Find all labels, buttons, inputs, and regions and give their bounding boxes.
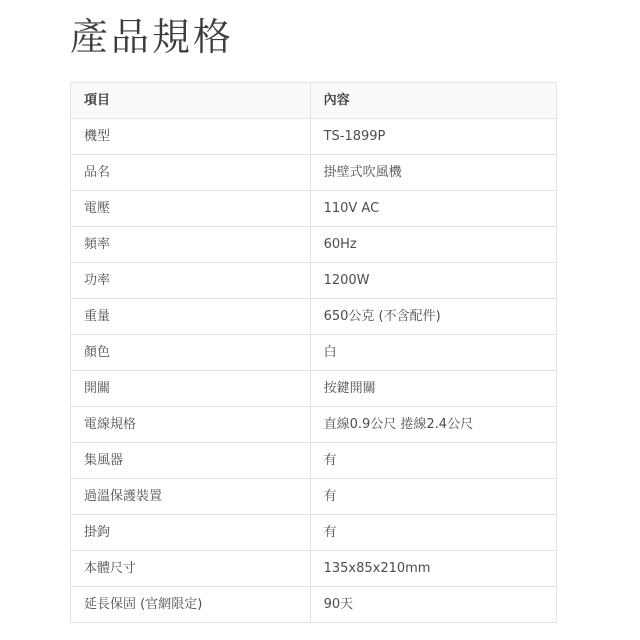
- table-row: 顏色白: [71, 335, 557, 371]
- column-header-content: 內容: [310, 83, 556, 119]
- spec-item-value: 1200W: [310, 263, 556, 299]
- table-row: 掛鉤有: [71, 515, 557, 551]
- spec-item-label: 品名: [71, 155, 311, 191]
- spec-table-body: 機型TS-1899P品名掛壁式吹風機電壓110V AC頻率60Hz功率1200W…: [71, 119, 557, 623]
- spec-item-label: 開關: [71, 371, 311, 407]
- table-row: 開關按鍵開關: [71, 371, 557, 407]
- table-row: 頻率60Hz: [71, 227, 557, 263]
- table-row: 電線規格直線0.9公尺 捲線2.4公尺: [71, 407, 557, 443]
- spec-item-value: 直線0.9公尺 捲線2.4公尺: [310, 407, 556, 443]
- spec-item-label: 集風器: [71, 443, 311, 479]
- spec-item-label: 重量: [71, 299, 311, 335]
- spec-item-label: 顏色: [71, 335, 311, 371]
- page-title: 產品規格: [70, 14, 557, 60]
- spec-table-head: 項目 內容: [71, 83, 557, 119]
- spec-item-label: 電壓: [71, 191, 311, 227]
- spec-item-label: 過溫保護裝置: [71, 479, 311, 515]
- spec-item-value: 135x85x210mm: [310, 551, 556, 587]
- table-row: 延長保固 (官網限定)90天: [71, 587, 557, 623]
- table-row: 電壓110V AC: [71, 191, 557, 227]
- spec-item-value: 有: [310, 479, 556, 515]
- table-row: 過溫保護裝置有: [71, 479, 557, 515]
- table-row: 重量650公克 (不含配件): [71, 299, 557, 335]
- spec-item-value: TS-1899P: [310, 119, 556, 155]
- spec-item-value: 60Hz: [310, 227, 556, 263]
- table-row: 功率1200W: [71, 263, 557, 299]
- column-header-item: 項目: [71, 83, 311, 119]
- spec-item-label: 頻率: [71, 227, 311, 263]
- spec-item-value: 110V AC: [310, 191, 556, 227]
- spec-item-value: 90天: [310, 587, 556, 623]
- spec-item-label: 電線規格: [71, 407, 311, 443]
- spec-item-label: 機型: [71, 119, 311, 155]
- table-row: 本體尺寸135x85x210mm: [71, 551, 557, 587]
- spec-item-value: 有: [310, 515, 556, 551]
- spec-item-label: 延長保固 (官網限定): [71, 587, 311, 623]
- spec-item-value: 按鍵開關: [310, 371, 556, 407]
- table-row: 品名掛壁式吹風機: [71, 155, 557, 191]
- table-header-row: 項目 內容: [71, 83, 557, 119]
- table-row: 機型TS-1899P: [71, 119, 557, 155]
- product-spec-page: 產品規格 項目 內容 機型TS-1899P品名掛壁式吹風機電壓110V AC頻率…: [0, 0, 640, 640]
- spec-item-label: 功率: [71, 263, 311, 299]
- spec-item-value: 650公克 (不含配件): [310, 299, 556, 335]
- spec-item-value: 有: [310, 443, 556, 479]
- spec-item-label: 本體尺寸: [71, 551, 311, 587]
- spec-item-label: 掛鉤: [71, 515, 311, 551]
- table-row: 集風器有: [71, 443, 557, 479]
- spec-item-value: 白: [310, 335, 556, 371]
- spec-item-value: 掛壁式吹風機: [310, 155, 556, 191]
- spec-table: 項目 內容 機型TS-1899P品名掛壁式吹風機電壓110V AC頻率60Hz功…: [70, 82, 557, 623]
